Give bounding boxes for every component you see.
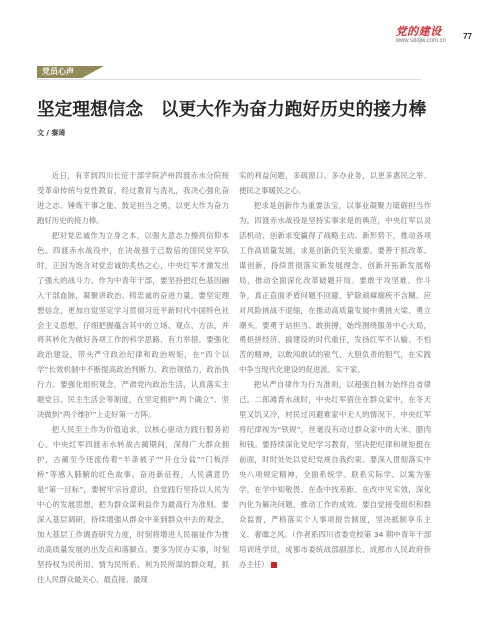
section-header: 党员心声 [37, 66, 421, 80]
masthead: 党的建设 www.sddjw.com.cn [396, 26, 446, 45]
end-mark-icon [271, 562, 277, 568]
paragraph: 近日，有幸到四川长征干部学院泸州四渡赤水分院接受革命传统与党性教育，经过教育与洗… [37, 169, 229, 229]
page-number: 77 [463, 32, 472, 41]
article-byline: 文 / 秦琦 [37, 128, 65, 138]
paragraph-final: 把从严自律作为行为准则，以超强自制力始终自省律己。二郎滩背水战时，中央红军借住在… [239, 378, 431, 572]
article-title: 坚定理想信念 以更大作为奋力跑好历史的接力棒 [37, 96, 426, 121]
left-column: 近日，有幸到四川长征干部学院泸州四渡赤水分院接受革命传统与党性教育，经过教育与洗… [37, 169, 229, 588]
right-column: 实的利益问题，多疏窗口、多办业务，以更多惠民之举、便民之事暖民之心。 把求是创新… [239, 169, 431, 588]
magazine-logo: 党的建设 [396, 26, 446, 37]
paragraph: 把求是创新作为重要法宝，以事业凝聚力砥砺担当作为。四渡赤水战役是坚持实事求是的典… [239, 199, 431, 378]
section-tag-tail-shape [82, 66, 104, 78]
section-tag: 党员心声 [37, 66, 82, 78]
paragraph: 实的利益问题，多疏窗口、多办业务，以更多惠民之举、便民之事暖民之心。 [239, 169, 431, 199]
magazine-url: www.sddjw.com.cn [396, 37, 446, 45]
article-body: 近日，有幸到四川长征干部学院泸州四渡赤水分院接受革命传统与党性教育，经过教育与洗… [37, 169, 431, 588]
paragraph-text: 把从严自律作为行为准则，以超强自制力始终自省律己。二郎滩背水战时，中央红军借住在… [239, 380, 431, 568]
paragraph: 把对党忠诚作为立身之本，以强大意志力擦亮信仰本色。四渡赤水战役中，在决战强于己数… [37, 229, 229, 423]
paragraph: 把人民至上作为价值追求，以核心驱动力践行服务初心。中央红军四渡赤水转战古蔺期间，… [37, 423, 229, 587]
